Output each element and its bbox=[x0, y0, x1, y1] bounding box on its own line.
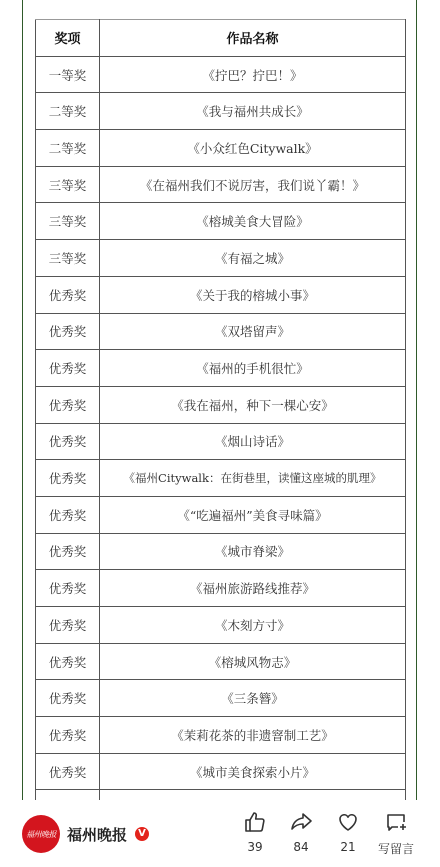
work-name-cell: 《木刻方寸》 bbox=[100, 607, 406, 644]
award-cell: 三等奖 bbox=[36, 203, 100, 240]
award-cell: 优秀奖 bbox=[36, 607, 100, 644]
award-cell: 优秀奖 bbox=[36, 533, 100, 570]
award-cell: 三等奖 bbox=[36, 240, 100, 277]
table-row: 优秀奖《福州Citywalk：在街巷里，读懂这座城的肌理》 bbox=[36, 460, 406, 497]
header-award: 奖项 bbox=[36, 20, 100, 57]
award-cell: 优秀奖 bbox=[36, 423, 100, 460]
awards-table: 奖项 作品名称 一等奖《拧巴？拧巴！》 二等奖《我与福州共成长》 二等奖《小众红… bbox=[35, 19, 406, 827]
award-cell: 优秀奖 bbox=[36, 753, 100, 790]
work-name-cell: 《在福州我们不说厉害，我们说丫霸！》 bbox=[100, 166, 406, 203]
table-row: 优秀奖《木刻方寸》 bbox=[36, 607, 406, 644]
work-name-cell: 《双塔留声》 bbox=[100, 313, 406, 350]
header-work-name: 作品名称 bbox=[100, 20, 406, 57]
account-name[interactable]: 福州晚报 bbox=[67, 824, 127, 845]
award-cell: 优秀奖 bbox=[36, 276, 100, 313]
share-count: 84 bbox=[293, 840, 308, 854]
favorite-count: 21 bbox=[340, 840, 355, 854]
share-button[interactable]: 84 bbox=[279, 810, 323, 854]
thumbs-up-icon bbox=[243, 810, 267, 834]
table-row: 优秀奖《关于我的榕城小事》 bbox=[36, 276, 406, 313]
table-row: 优秀奖《福州旅游路线推荐》 bbox=[36, 570, 406, 607]
table-row: 优秀奖《榕城风物志》 bbox=[36, 643, 406, 680]
table-row: 三等奖《榕城美食大冒险》 bbox=[36, 203, 406, 240]
award-cell: 优秀奖 bbox=[36, 717, 100, 754]
heart-icon bbox=[336, 810, 360, 834]
award-cell: 一等奖 bbox=[36, 56, 100, 93]
verified-badge-icon: V bbox=[135, 827, 149, 841]
write-comment-button[interactable]: 写留言 bbox=[374, 810, 418, 857]
work-name-cell: 《三条簪》 bbox=[100, 680, 406, 717]
award-cell: 三等奖 bbox=[36, 166, 100, 203]
work-name-cell: 《有福之城》 bbox=[100, 240, 406, 277]
work-name-cell: 《城市脊梁》 bbox=[100, 533, 406, 570]
award-cell: 二等奖 bbox=[36, 130, 100, 167]
table-row: 优秀奖《“吃遍福州”美食寻味篇》 bbox=[36, 496, 406, 533]
work-name-cell: 《榕城美食大冒险》 bbox=[100, 203, 406, 240]
table-row: 优秀奖《我在福州，种下一棵心安》 bbox=[36, 386, 406, 423]
work-name-cell: 《茉莉花茶的非遗窨制工艺》 bbox=[100, 717, 406, 754]
work-name-cell: 《福州旅游路线推荐》 bbox=[100, 570, 406, 607]
work-name-cell: 《拧巴？拧巴！》 bbox=[100, 56, 406, 93]
work-name-cell: 《我在福州，种下一棵心安》 bbox=[100, 386, 406, 423]
bottom-action-bar: 福州晚报 福州晚报 V 39 84 21 写留言 bbox=[0, 800, 440, 867]
award-cell: 优秀奖 bbox=[36, 643, 100, 680]
favorite-button[interactable]: 21 bbox=[326, 810, 370, 854]
table-row: 优秀奖《茉莉花茶的非遗窨制工艺》 bbox=[36, 717, 406, 754]
like-button[interactable]: 39 bbox=[233, 810, 277, 854]
table-row: 优秀奖《城市美食探索小片》 bbox=[36, 753, 406, 790]
table-row: 优秀奖《烟山诗话》 bbox=[36, 423, 406, 460]
table-row: 优秀奖《城市脊梁》 bbox=[36, 533, 406, 570]
table-header-row: 奖项 作品名称 bbox=[36, 20, 406, 57]
table-row: 三等奖《有福之城》 bbox=[36, 240, 406, 277]
table-row: 三等奖《在福州我们不说厉害，我们说丫霸！》 bbox=[36, 166, 406, 203]
account-avatar[interactable]: 福州晚报 bbox=[22, 815, 60, 853]
like-count: 39 bbox=[247, 840, 262, 854]
table-row: 优秀奖《福州的手机很忙》 bbox=[36, 350, 406, 387]
table-row: 二等奖《小众红色Citywalk》 bbox=[36, 130, 406, 167]
table-row: 二等奖《我与福州共成长》 bbox=[36, 93, 406, 130]
share-arrow-icon bbox=[289, 810, 313, 834]
work-name-cell: 《小众红色Citywalk》 bbox=[100, 130, 406, 167]
award-cell: 优秀奖 bbox=[36, 680, 100, 717]
comment-add-icon bbox=[384, 810, 408, 834]
award-cell: 优秀奖 bbox=[36, 386, 100, 423]
award-cell: 二等奖 bbox=[36, 93, 100, 130]
award-cell: 优秀奖 bbox=[36, 313, 100, 350]
work-name-cell: 《“吃遍福州”美食寻味篇》 bbox=[100, 496, 406, 533]
award-cell: 优秀奖 bbox=[36, 460, 100, 497]
table-row: 优秀奖《双塔留声》 bbox=[36, 313, 406, 350]
work-name-cell: 《福州Citywalk：在街巷里，读懂这座城的肌理》 bbox=[100, 460, 406, 497]
write-comment-label: 写留言 bbox=[378, 840, 414, 857]
work-name-cell: 《关于我的榕城小事》 bbox=[100, 276, 406, 313]
award-cell: 优秀奖 bbox=[36, 570, 100, 607]
table-row: 优秀奖《三条簪》 bbox=[36, 680, 406, 717]
work-name-cell: 《城市美食探索小片》 bbox=[100, 753, 406, 790]
work-name-cell: 《榕城风物志》 bbox=[100, 643, 406, 680]
work-name-cell: 《福州的手机很忙》 bbox=[100, 350, 406, 387]
table-row: 一等奖《拧巴？拧巴！》 bbox=[36, 56, 406, 93]
avatar-logo-text: 福州晚报 bbox=[26, 829, 56, 840]
award-cell: 优秀奖 bbox=[36, 496, 100, 533]
work-name-cell: 《烟山诗话》 bbox=[100, 423, 406, 460]
award-cell: 优秀奖 bbox=[36, 350, 100, 387]
work-name-cell: 《我与福州共成长》 bbox=[100, 93, 406, 130]
